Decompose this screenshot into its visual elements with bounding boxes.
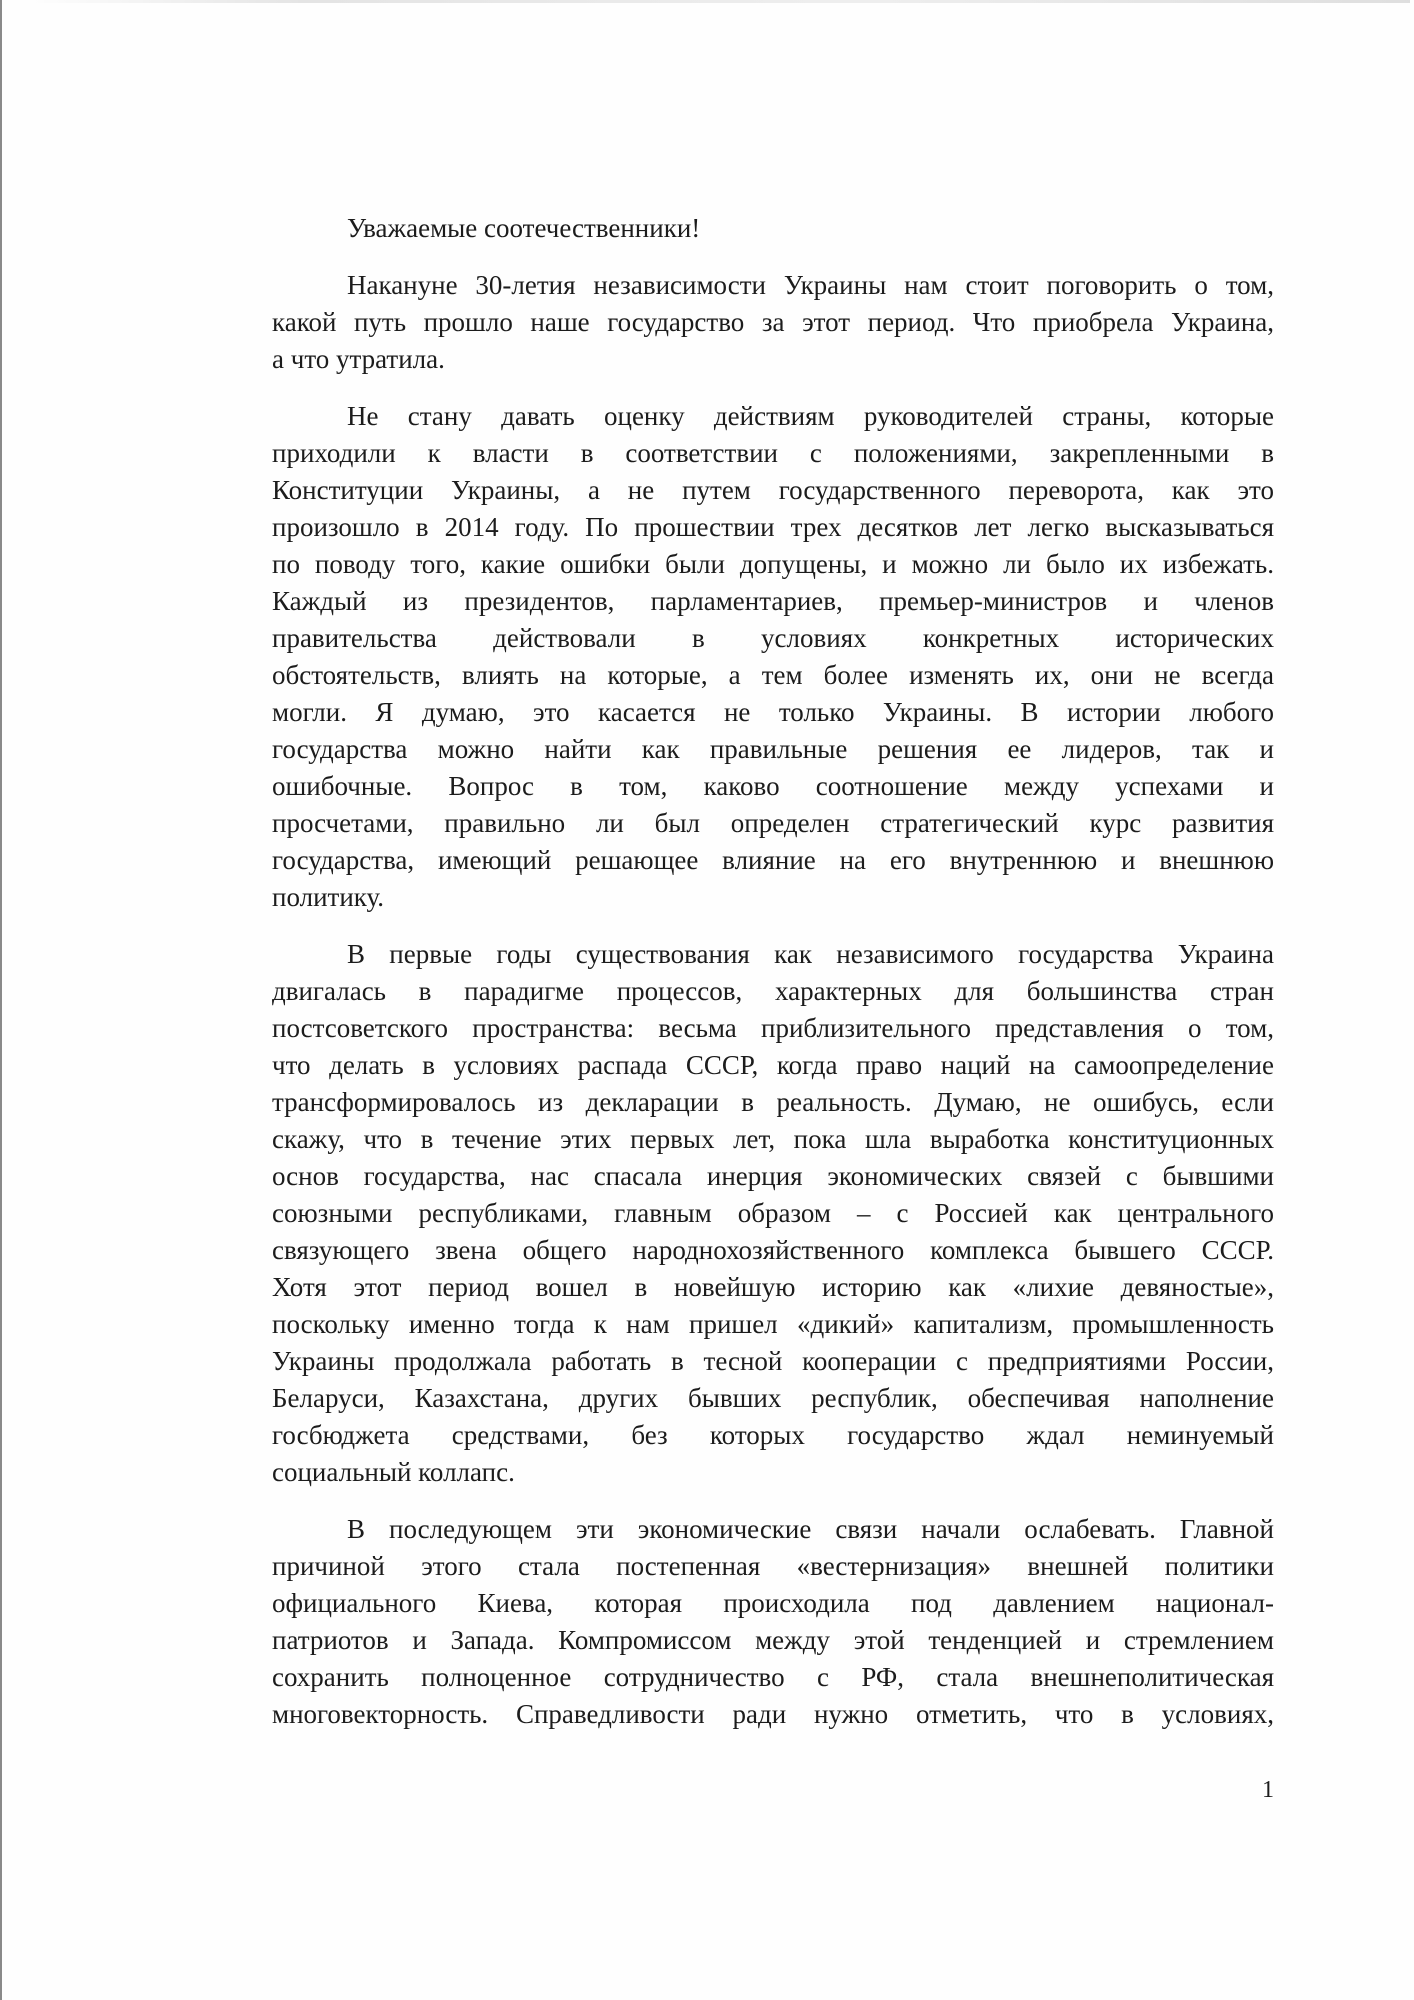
paragraph-line: Хотя этот период вошел в новейшую истори… bbox=[272, 1269, 1274, 1306]
paragraph-line: Беларуси, Казахстана, других бывших респ… bbox=[272, 1380, 1274, 1417]
paragraph-line: а что утратила. bbox=[272, 341, 1274, 378]
paragraph-line: Не стану давать оценку действиям руковод… bbox=[272, 398, 1274, 435]
paragraph-3: В первые годы существования как независи… bbox=[272, 936, 1274, 1491]
scan-edge bbox=[0, 0, 2, 2000]
scan-bleed-through bbox=[30, 0, 1410, 3]
paragraph-1: Накануне 30-летия независимости Украины … bbox=[272, 267, 1274, 378]
paragraph-line: политику. bbox=[272, 879, 1274, 916]
paragraph-line: государства, имеющий решающее влияние на… bbox=[272, 842, 1274, 879]
paragraph-line: обстоятельств, влиять на которые, а тем … bbox=[272, 657, 1274, 694]
paragraph-line: Конституции Украины, а не путем государс… bbox=[272, 472, 1274, 509]
paragraph-line: поскольку именно тогда к нам пришел «дик… bbox=[272, 1306, 1274, 1343]
paragraph-line: двигалась в парадигме процессов, характе… bbox=[272, 973, 1274, 1010]
greeting: Уважаемые соотечественники! bbox=[272, 210, 1274, 247]
paragraph-line: официального Киева, которая происходила … bbox=[272, 1585, 1274, 1622]
paragraph-4: В последующем эти экономические связи на… bbox=[272, 1511, 1274, 1733]
paragraph-2: Не стану давать оценку действиям руковод… bbox=[272, 398, 1274, 916]
paragraph-line: ошибочные. Вопрос в том, каково соотноше… bbox=[272, 768, 1274, 805]
paragraph-line: многовекторность. Справедливости ради ну… bbox=[272, 1696, 1274, 1733]
paragraph-line: по поводу того, какие ошибки были допуще… bbox=[272, 546, 1274, 583]
paragraph-line: государства можно найти как правильные р… bbox=[272, 731, 1274, 768]
paragraph-line: постсоветского пространства: весьма приб… bbox=[272, 1010, 1274, 1047]
paragraph-line: Каждый из президентов, парламентариев, п… bbox=[272, 583, 1274, 620]
paragraph-line: трансформировалось из декларации в реаль… bbox=[272, 1084, 1274, 1121]
paragraph-line: приходили к власти в соответствии с поло… bbox=[272, 435, 1274, 472]
paragraph-line: социальный коллапс. bbox=[272, 1454, 1274, 1491]
paragraph-line: Украины продолжала работать в тесной коо… bbox=[272, 1343, 1274, 1380]
paragraph-line: скажу, что в течение этих первых лет, по… bbox=[272, 1121, 1274, 1158]
paragraph-line: патриотов и Запада. Компромиссом между э… bbox=[272, 1622, 1274, 1659]
document-page: Уважаемые соотечественники! Накануне 30-… bbox=[0, 0, 1414, 2000]
paragraph-line: причиной этого стала постепенная «вестер… bbox=[272, 1548, 1274, 1585]
paragraph-line: основ государства, нас спасала инерция э… bbox=[272, 1158, 1274, 1195]
paragraph-line: просчетами, правильно ли был определен с… bbox=[272, 805, 1274, 842]
paragraph-line: госбюджета средствами, без которых госуд… bbox=[272, 1417, 1274, 1454]
page-number: 1 bbox=[1262, 1775, 1274, 1805]
paragraph-line: В последующем эти экономические связи на… bbox=[272, 1511, 1274, 1548]
paragraph-line: какой путь прошло наше государство за эт… bbox=[272, 304, 1274, 341]
paragraph-line: сохранить полноценное сотрудничество с Р… bbox=[272, 1659, 1274, 1696]
paragraph-line: могли. Я думаю, это касается не только У… bbox=[272, 694, 1274, 731]
letter-body: Уважаемые соотечественники! Накануне 30-… bbox=[272, 210, 1274, 1753]
paragraph-line: правительства действовали в условиях кон… bbox=[272, 620, 1274, 657]
paragraph-line: что делать в условиях распада СССР, когд… bbox=[272, 1047, 1274, 1084]
paragraph-line: связующего звена общего народнохозяйстве… bbox=[272, 1232, 1274, 1269]
paragraph-line: произошло в 2014 году. По прошествии тре… bbox=[272, 509, 1274, 546]
paragraph-line: союзными республиками, главным образом –… bbox=[272, 1195, 1274, 1232]
paragraph-line: Накануне 30-летия независимости Украины … bbox=[272, 267, 1274, 304]
paragraph-line: В первые годы существования как независи… bbox=[272, 936, 1274, 973]
